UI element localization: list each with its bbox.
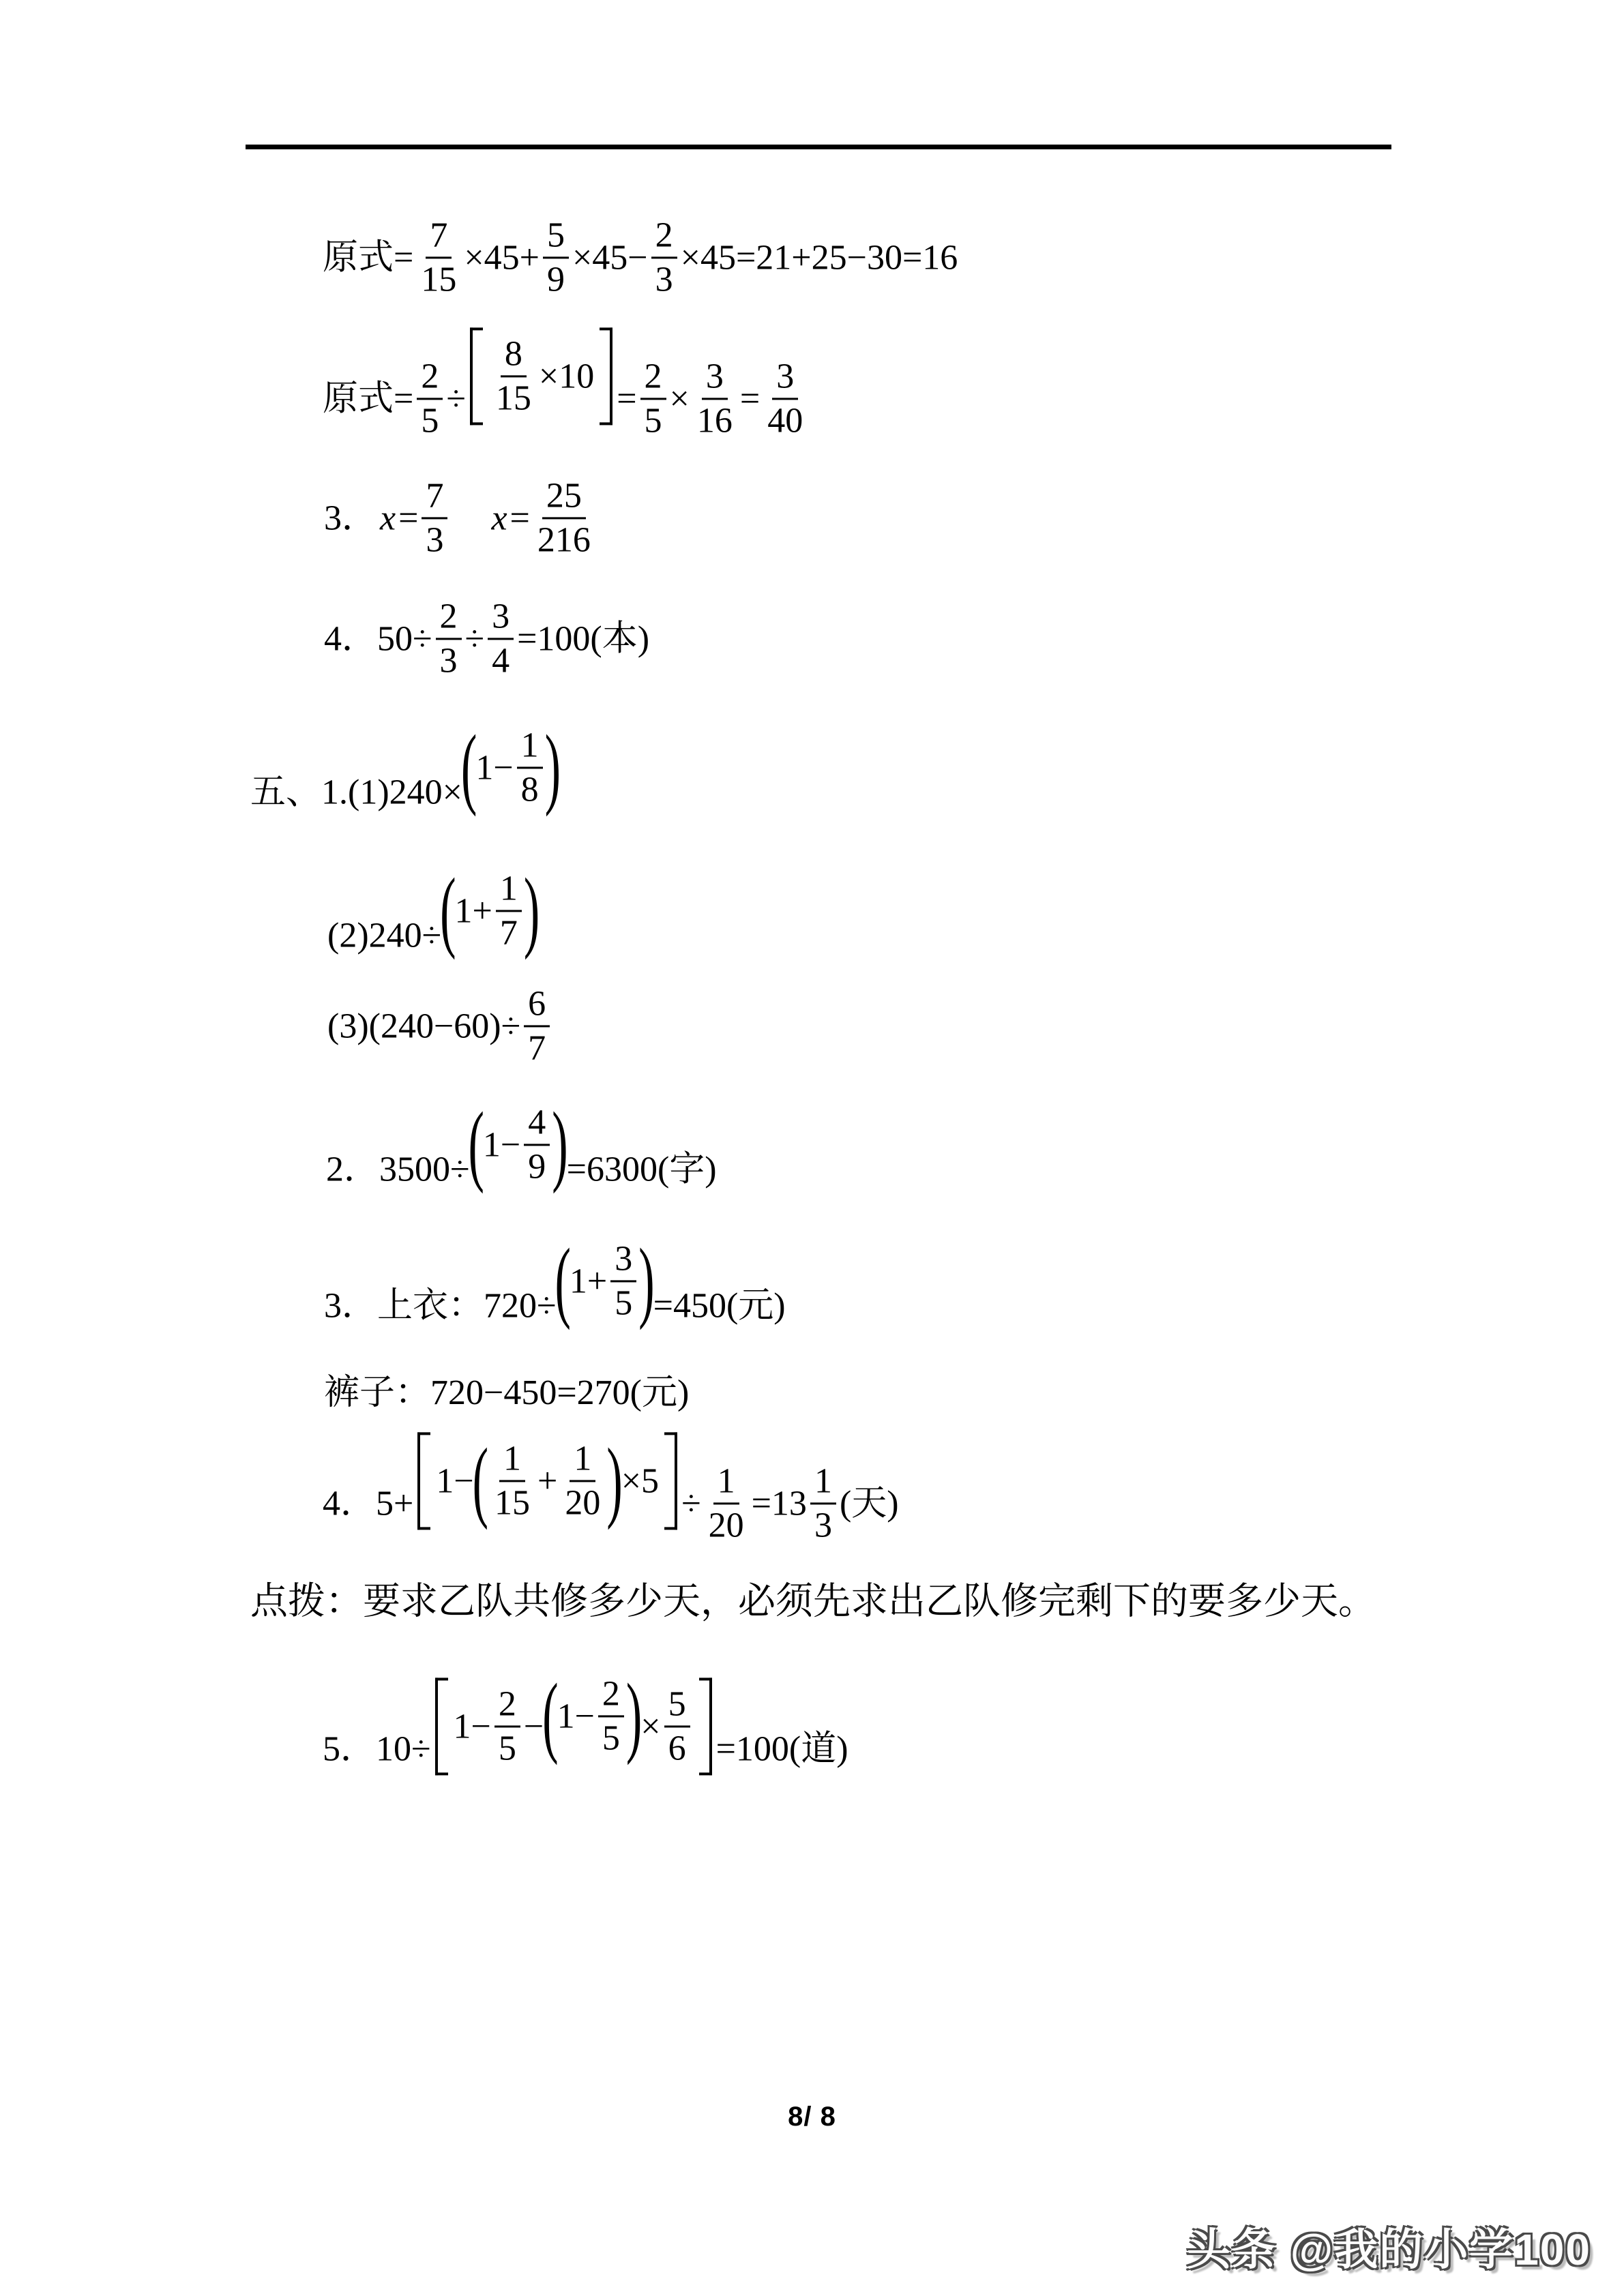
fraction-denominator: 5	[610, 1282, 636, 1322]
math-variable: x	[488, 498, 510, 539]
math-text: =	[398, 498, 418, 539]
formula-line-6: (2)240÷(1+17)	[327, 895, 538, 976]
math-text: ×5	[621, 1461, 659, 1502]
fraction-denominator: 40	[763, 400, 807, 440]
watermark: 头条 @我的小学100	[1187, 2215, 1591, 2278]
fraction: 67	[524, 985, 550, 1067]
math-text: 1+	[570, 1261, 607, 1302]
math-text: 4．5+	[323, 1483, 413, 1524]
fraction-denominator: 3	[422, 519, 447, 559]
bracket-group: 1−25−(1−25)×56	[435, 1678, 712, 1775]
fraction: 17	[496, 870, 522, 951]
math-text: =100(本)	[517, 618, 649, 659]
fraction-denominator: 3	[651, 258, 677, 299]
open-paren-icon: (	[555, 1236, 571, 1326]
fraction-denominator: 5	[417, 400, 443, 440]
math-text: ×45=21+25−30=16	[681, 237, 958, 278]
math-text: ×45−	[572, 237, 648, 278]
math-text: ×10	[539, 356, 594, 397]
fraction-numerator: 3	[488, 598, 514, 640]
open-bracket-icon	[417, 1432, 430, 1530]
formula-line-3: 3．x=73x=25216	[324, 477, 598, 558]
fraction-numerator: 25	[542, 477, 586, 519]
page-number: 8/ 8	[0, 2102, 1624, 2132]
fraction: 23	[651, 217, 677, 298]
math-text: 原式=	[323, 378, 413, 419]
fraction-denominator: 20	[705, 1504, 748, 1545]
fraction: 815	[492, 336, 535, 417]
math-text: (2)240÷	[327, 915, 441, 956]
bracket-content: 1−(115+120)×5	[430, 1432, 664, 1530]
close-paren-icon: )	[626, 1671, 642, 1761]
fraction-denominator: 5	[598, 1717, 624, 1757]
math-variable: x	[377, 498, 398, 539]
fraction-numerator: 2	[417, 358, 443, 400]
hint-line-12: 点拨：要求乙队共修多少天，必须先求出乙队修完剩下的要多少天。	[250, 1579, 1376, 1622]
fraction-denominator: 8	[517, 769, 543, 809]
math-text: 1−	[436, 1461, 473, 1502]
fraction: 120	[705, 1463, 748, 1544]
bracket-content: 1−25−(1−25)×56	[448, 1678, 699, 1775]
math-text: 3．上衣：720÷	[324, 1285, 557, 1326]
formula-line-2: 原式=25÷815×10=25×316=340	[323, 350, 810, 447]
fraction: 23	[436, 598, 462, 679]
fraction-denominator: 6	[664, 1727, 690, 1768]
open-paren-icon: (	[461, 722, 477, 813]
math-text: =	[617, 378, 636, 419]
fraction-numerator: 7	[426, 217, 452, 258]
fraction-numerator: 3	[772, 358, 798, 400]
fraction: 18	[517, 727, 543, 808]
fraction: 56	[664, 1686, 690, 1767]
math-text: =13	[752, 1483, 807, 1524]
open-bracket-icon	[470, 327, 483, 425]
fraction: 25216	[533, 477, 595, 558]
math-text: 1−	[454, 1706, 491, 1747]
fraction-denominator: 9	[543, 258, 569, 299]
math-text: 5．10÷	[323, 1729, 431, 1770]
fraction-denominator: 3	[810, 1504, 836, 1545]
text-line-10: 裤子：720−450=270(元)	[324, 1373, 689, 1414]
math-text: ÷	[465, 618, 485, 659]
math-text: 五、1.(1)240×	[250, 772, 462, 813]
fraction: 120	[561, 1440, 604, 1521]
fraction-numerator: 2	[436, 598, 462, 640]
open-paren-icon: (	[440, 865, 456, 956]
close-paren-icon: )	[524, 865, 540, 956]
fraction-denominator: 5	[494, 1727, 520, 1768]
fraction-numerator: 2	[598, 1675, 624, 1717]
fraction-numerator: 2	[651, 217, 677, 258]
fraction: 13	[810, 1463, 836, 1544]
bracket-content: 815×10	[483, 327, 600, 425]
close-bracket-icon	[664, 1432, 677, 1530]
math-text: −	[524, 1706, 544, 1747]
fraction-numerator: 2	[494, 1686, 520, 1727]
paren-content: 1+35	[570, 1240, 640, 1322]
fraction-denominator: 20	[561, 1482, 604, 1522]
fraction: 25	[417, 358, 443, 439]
open-paren-icon: (	[473, 1435, 488, 1526]
formula-line-9: 3．上衣：720÷(1+35)=450(元)	[324, 1265, 786, 1346]
paren-group: (115+120)	[474, 1440, 621, 1521]
fraction-numerator: 6	[524, 985, 550, 1027]
fraction-numerator: 1	[570, 1440, 595, 1482]
fraction-numerator: 1	[499, 1440, 525, 1482]
math-text: ÷	[681, 1483, 701, 1524]
fraction-numerator: 3	[610, 1240, 636, 1282]
formula-line-5: 五、1.(1)240×(1−18)	[250, 751, 559, 833]
math-text: =	[740, 378, 760, 419]
paren-content: 1−18	[475, 727, 546, 808]
close-bracket-icon	[600, 327, 612, 425]
fraction: 35	[610, 1240, 636, 1322]
formula-line-7: (3)(240−60)÷67	[327, 985, 553, 1067]
close-paren-icon: )	[606, 1435, 622, 1526]
math-text: =450(元)	[653, 1285, 786, 1326]
fraction-denominator: 3	[436, 640, 462, 680]
fraction: 25	[598, 1675, 624, 1757]
math-text: 1−	[483, 1124, 520, 1165]
math-text: 3．	[324, 498, 377, 539]
fraction: 25	[494, 1686, 520, 1767]
math-text: =100(道)	[716, 1729, 848, 1770]
fraction-numerator: 7	[422, 477, 447, 519]
math-text: ×	[670, 378, 690, 419]
bracket-group: 1−(115+120)×5	[417, 1432, 677, 1530]
math-text: ÷	[446, 378, 466, 419]
fraction-numerator: 5	[664, 1686, 690, 1727]
bracket-group: 815×10	[470, 327, 612, 425]
open-paren-icon: (	[542, 1671, 558, 1761]
fraction: 316	[693, 358, 737, 439]
paren-group: (1−18)	[462, 727, 559, 808]
math-text: =6300(字)	[567, 1149, 717, 1190]
open-paren-icon: (	[469, 1099, 484, 1190]
fraction: 34	[488, 598, 514, 679]
fraction-numerator: 3	[702, 358, 728, 400]
fraction-denominator: 216	[533, 519, 595, 559]
math-text: (天)	[840, 1483, 899, 1524]
paren-group: (1−49)	[470, 1104, 567, 1185]
math-text: =	[510, 498, 530, 539]
formula-line-13: 5．10÷1−25−(1−25)×56=100(道)	[323, 1700, 848, 1798]
worksheet-page: 原式=715×45+59×45−23×45=21+25−30=16原式=25÷8…	[0, 0, 1624, 2296]
math-text: +	[537, 1461, 557, 1502]
fraction-denominator: 15	[417, 258, 460, 299]
math-text: 原式=	[323, 237, 413, 278]
fraction-numerator: 2	[640, 358, 666, 400]
fraction: 340	[763, 358, 807, 439]
paren-content: 1−49	[483, 1104, 553, 1185]
fraction-numerator: 4	[524, 1104, 550, 1146]
formula-line-11: 4．5+1−(115+120)×5÷120=1313(天)	[323, 1455, 899, 1552]
fraction-denominator: 15	[492, 377, 535, 417]
fraction: 73	[422, 477, 447, 558]
fraction-denominator: 5	[640, 400, 666, 440]
fraction-denominator: 15	[490, 1482, 534, 1522]
math-text: 4．50÷	[324, 618, 432, 659]
fraction-numerator: 1	[517, 727, 543, 769]
fraction-denominator: 7	[524, 1027, 550, 1067]
fraction-denominator: 16	[693, 400, 737, 440]
close-paren-icon: )	[545, 722, 561, 813]
open-bracket-icon	[435, 1678, 448, 1775]
formula-line-8: 2．3500÷(1−49)=6300(字)	[326, 1129, 717, 1210]
paren-group: (1+17)	[441, 870, 538, 951]
fraction: 715	[417, 217, 460, 298]
fraction-denominator: 9	[524, 1146, 550, 1186]
math-text: ×	[640, 1706, 660, 1747]
fraction-numerator: 5	[543, 217, 569, 258]
math-text: (3)(240−60)÷	[327, 1006, 520, 1047]
paren-content: 1−25	[557, 1675, 628, 1757]
math-text: 1+	[455, 891, 492, 931]
formula-line-1: 原式=715×45+59×45−23×45=21+25−30=16	[323, 217, 958, 298]
fraction: 59	[543, 217, 569, 298]
math-text: 点拨：要求乙队共修多少天，必须先求出乙队修完剩下的要多少天。	[250, 1579, 1376, 1622]
fraction-denominator: 4	[488, 640, 514, 680]
math-text: 1−	[475, 747, 513, 788]
fraction-denominator: 7	[496, 912, 522, 952]
fraction-numerator: 1	[713, 1463, 739, 1504]
fraction-numerator: 8	[501, 336, 527, 377]
math-text: 1−	[557, 1696, 595, 1737]
close-paren-icon: )	[638, 1236, 654, 1326]
fraction: 115	[490, 1440, 534, 1521]
paren-group: (1−25)	[544, 1675, 640, 1757]
close-paren-icon: )	[552, 1099, 567, 1190]
math-text: 2．3500÷	[326, 1149, 470, 1190]
paren-group: (1+35)	[557, 1240, 653, 1322]
formula-line-4: 4．50÷23÷34=100(本)	[324, 598, 649, 679]
fraction-numerator: 1	[496, 870, 522, 912]
math-text: 裤子：720−450=270(元)	[324, 1373, 689, 1414]
close-bracket-icon	[699, 1678, 712, 1775]
fraction-numerator: 1	[810, 1463, 836, 1504]
fraction: 49	[524, 1104, 550, 1185]
paren-content: 1+17	[455, 870, 525, 951]
header-rule	[246, 145, 1391, 149]
fraction: 25	[640, 358, 666, 439]
math-text: ×45+	[464, 237, 540, 278]
paren-content: 115+120	[487, 1440, 608, 1521]
